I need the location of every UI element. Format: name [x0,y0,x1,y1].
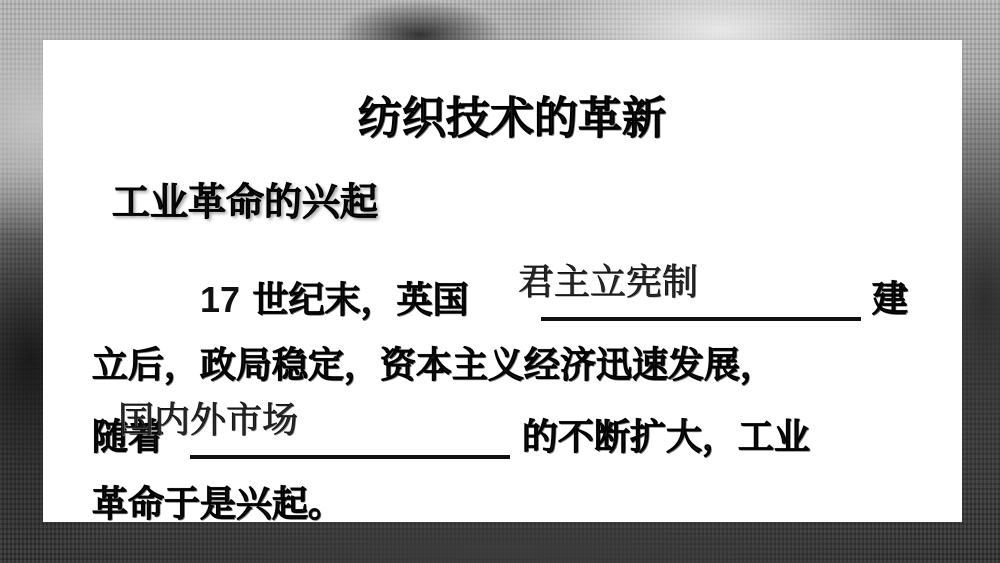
fill-blank-1-underline [541,317,861,321]
fill-blank-2-answer: 国内外市场 [118,400,298,442]
fill-blank-1-answer: 君主立宪制 [518,262,698,304]
fill-blank-2-underline [190,455,510,459]
line-1-text: 世纪末，英国 [240,280,469,321]
century-number: 17 [200,279,240,320]
paragraph-line-1-prefix: 17 世纪末，英国 [200,278,469,323]
slide-title: 纺织技术的革新 [358,94,666,144]
paragraph-line-3-suffix: 的不断扩大，工业 [522,416,810,460]
paragraph-line-1-suffix: 建 [872,278,908,322]
paragraph-line-4: 革命于是兴起。 [92,483,344,527]
paragraph-line-2: 立后，政局稳定，资本主义经济迅速发展， [92,344,776,388]
section-heading: 工业革命的兴起 [112,180,378,224]
